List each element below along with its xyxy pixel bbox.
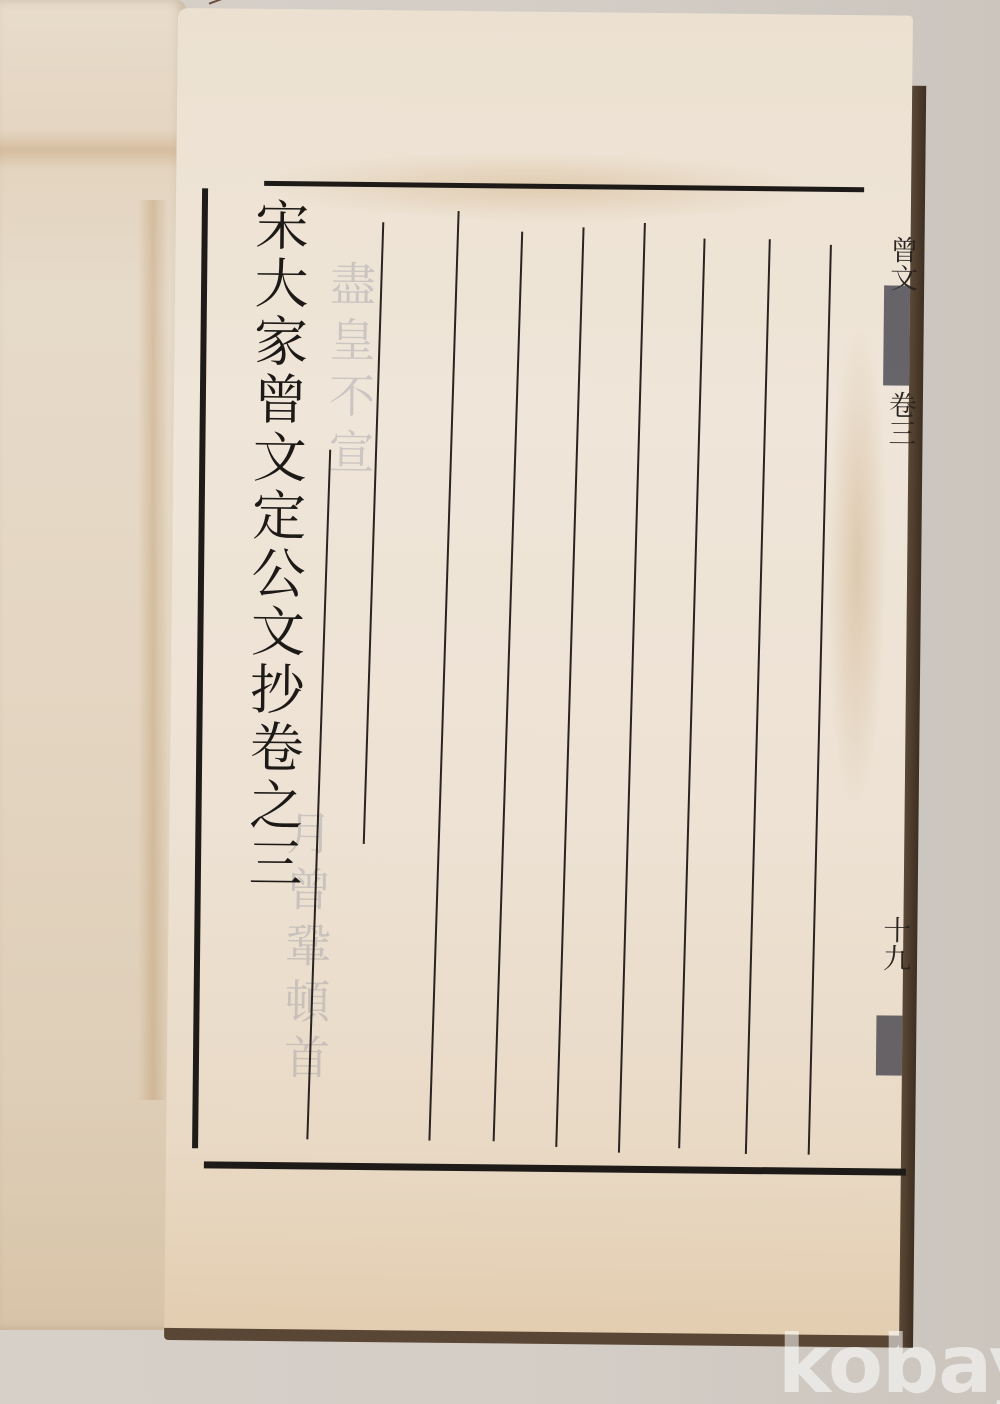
column-rule [745,239,771,1154]
left-page [0,0,186,1330]
margin-text: 十九 [875,915,916,971]
volume-title: 宋大家曾文定公文抄卷之三 [241,197,308,894]
edge-stain [138,200,168,1100]
margin-text: 卷三 [880,390,921,446]
column-rule [618,223,646,1153]
margin-fishtail-block [876,1015,903,1075]
column-rule [678,239,705,1149]
water-stain [0,130,186,170]
frame-left-border [192,188,208,1148]
column-rule [555,227,584,1147]
show-through-text: 盡皇不宣 [315,259,383,484]
column-rule [428,211,459,1141]
frame-bottom-border [204,1161,906,1175]
column-rule [493,232,524,1142]
margin-fishtail-block [883,285,910,385]
watermark-logo: kobay [778,1318,1000,1404]
margin-text: 曾文 [882,235,923,291]
right-page: 盡皇不宣 月曾鞏頓首 宋大家曾文定公文抄卷之三 曾文 卷三 十九 [164,8,913,1338]
